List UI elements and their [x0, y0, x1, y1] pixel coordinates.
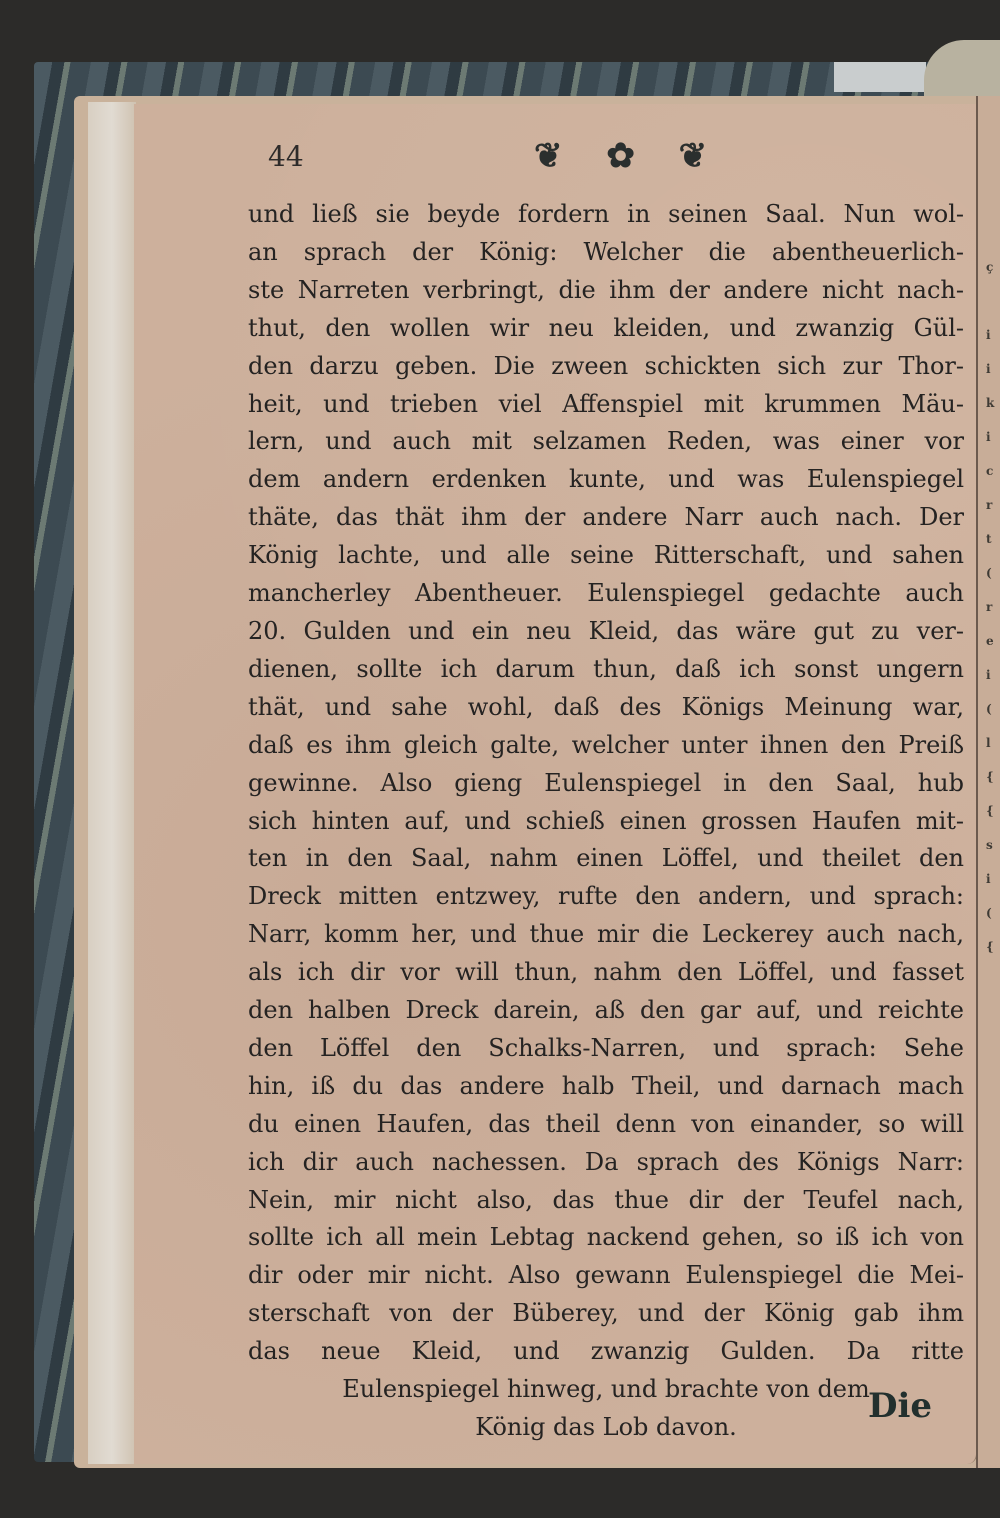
text-line: den Löffel den Schalks-Narren, und sprac…	[248, 1030, 964, 1068]
text-line: ich dir auch nachessen. Da sprach des Kö…	[248, 1144, 964, 1182]
text-line: heit, und trieben viel Affenspiel mit kr…	[248, 386, 964, 424]
body-text: und ließ sie beyde fordern in seinen Saa…	[248, 196, 964, 1447]
cover-label-tab	[834, 62, 926, 92]
text-line: ste Narreten verbringt, die ihm der ande…	[248, 272, 964, 310]
text-line: das neue Kleid, und zwanzig Gulden. Da r…	[248, 1333, 964, 1371]
text-line: Nein, mir nicht also, das thue dir der T…	[248, 1182, 964, 1220]
text-line: sterschaft von der Büberey, und der Köni…	[248, 1295, 964, 1333]
text-line: als ich dir vor will thun, nahm den Löff…	[248, 954, 964, 992]
text-line: ten in den Saal, nahm einen Löffel, und …	[248, 840, 964, 878]
page-gutter	[88, 102, 136, 1464]
catchword: Die	[868, 1386, 932, 1426]
text-line: dienen, sollte ich darum thun, daß ich s…	[248, 651, 964, 689]
text-line: mancherley Abentheuer. Eulenspiegel geda…	[248, 575, 964, 613]
text-line: lern, und auch mit selzamen Reden, was e…	[248, 423, 964, 461]
text-line: und ließ sie beyde fordern in seinen Saa…	[248, 196, 964, 234]
text-line: dem andern erdenken kunte, und was Eulen…	[248, 461, 964, 499]
ornament-icon: ❦ ✿ ❦	[534, 136, 723, 176]
closing-line: König das Lob davon.	[248, 1409, 964, 1447]
text-line: 20. Gulden und ein neu Kleid, das wäre g…	[248, 613, 964, 651]
text-line: König lachte, und alle seine Ritterschaf…	[248, 537, 964, 575]
text-line: du einen Haufen, das theil denn von eina…	[248, 1106, 964, 1144]
text-line: Dreck mitten entzwey, rufte den andern, …	[248, 878, 964, 916]
text-line: gewinne. Also gieng Eulenspiegel in den …	[248, 765, 964, 803]
text-line: hin, iß du das andere halb Theil, und da…	[248, 1068, 964, 1106]
text-line: Narr, komm her, und thue mir die Leckere…	[248, 916, 964, 954]
facing-page-edge-text: ç i i k i c r t ( r e i ( l { { s i ( {	[986, 250, 998, 964]
text-line: an sprach der König: Welcher die abenthe…	[248, 234, 964, 272]
text-line: dir oder mir nicht. Also gewann Eulenspi…	[248, 1257, 964, 1295]
text-line: thät, und sahe wohl, daß des Königs Mein…	[248, 689, 964, 727]
text-line: thäte, das thät ihm der andere Narr auch…	[248, 499, 964, 537]
text-line: den halben Dreck darein, aß den gar auf,…	[248, 992, 964, 1030]
closing-line: Eulenspiegel hinweg, und brachte von dem	[248, 1371, 964, 1409]
text-line: sich hinten auf, und schieß einen grosse…	[248, 803, 964, 841]
text-line: thut, den wollen wir neu kleiden, und zw…	[248, 310, 964, 348]
running-head: 44 ❦ ✿ ❦	[134, 130, 976, 190]
text-line: daß es ihm gleich galte, welcher unter i…	[248, 727, 964, 765]
page-number: 44	[268, 140, 304, 173]
text-line: den darzu geben. Die zween schickten sic…	[248, 348, 964, 386]
text-line: sollte ich all mein Lebtag nackend gehen…	[248, 1219, 964, 1257]
